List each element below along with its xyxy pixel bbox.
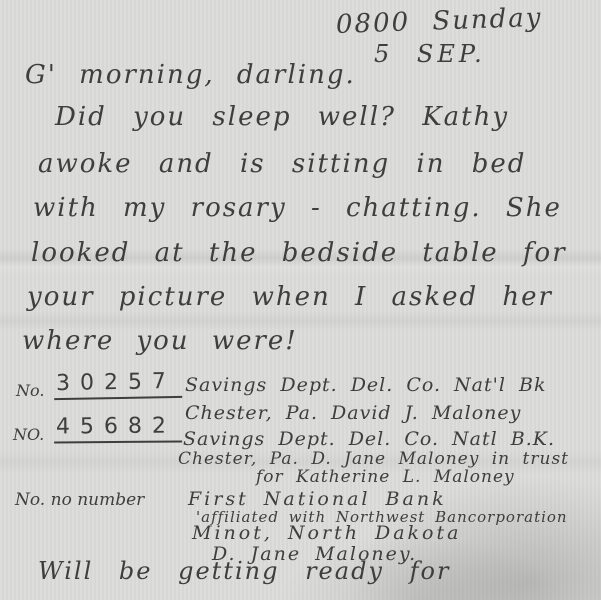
body-line: Did you sleep well? Kathy	[55, 102, 509, 132]
body-line: looked at the bedside table for	[31, 238, 567, 268]
body-line: with my rosary - chatting. She	[33, 193, 562, 223]
letter-date-line: 5 SEP.	[374, 40, 486, 68]
letter-page: 0800 Sunday 5 SEP. G' morning, darling. …	[0, 0, 601, 600]
account-detail: Minot, North Dakota	[192, 522, 461, 544]
letter-time-line: 0800 Sunday	[335, 3, 542, 40]
account-detail: Savings Dept. Del. Co. Natl B.K.	[183, 428, 555, 450]
account-detail: First National Bank	[188, 488, 447, 510]
account-detail: Chester, Pa. David J. Maloney	[185, 402, 521, 424]
account-label: NO.	[13, 425, 44, 444]
salutation: G' morning, darling.	[25, 60, 356, 90]
account-label: No. no number	[15, 490, 144, 510]
body-line: awoke and is sitting in bed	[38, 149, 526, 179]
body-line: your picture when I asked her	[27, 282, 553, 312]
body-line: where you were!	[22, 326, 298, 356]
account-label: No.	[16, 381, 44, 400]
account-number: 30257	[54, 369, 182, 400]
account-detail: Chester, Pa. D. Jane Maloney in trust	[178, 449, 569, 469]
account-detail: Savings Dept. Del. Co. Nat'l Bk	[185, 374, 546, 396]
account-number: 45682	[54, 413, 182, 443]
closing-line: Will be getting ready for	[38, 557, 450, 585]
account-detail: for Katherine L. Maloney	[256, 467, 515, 487]
